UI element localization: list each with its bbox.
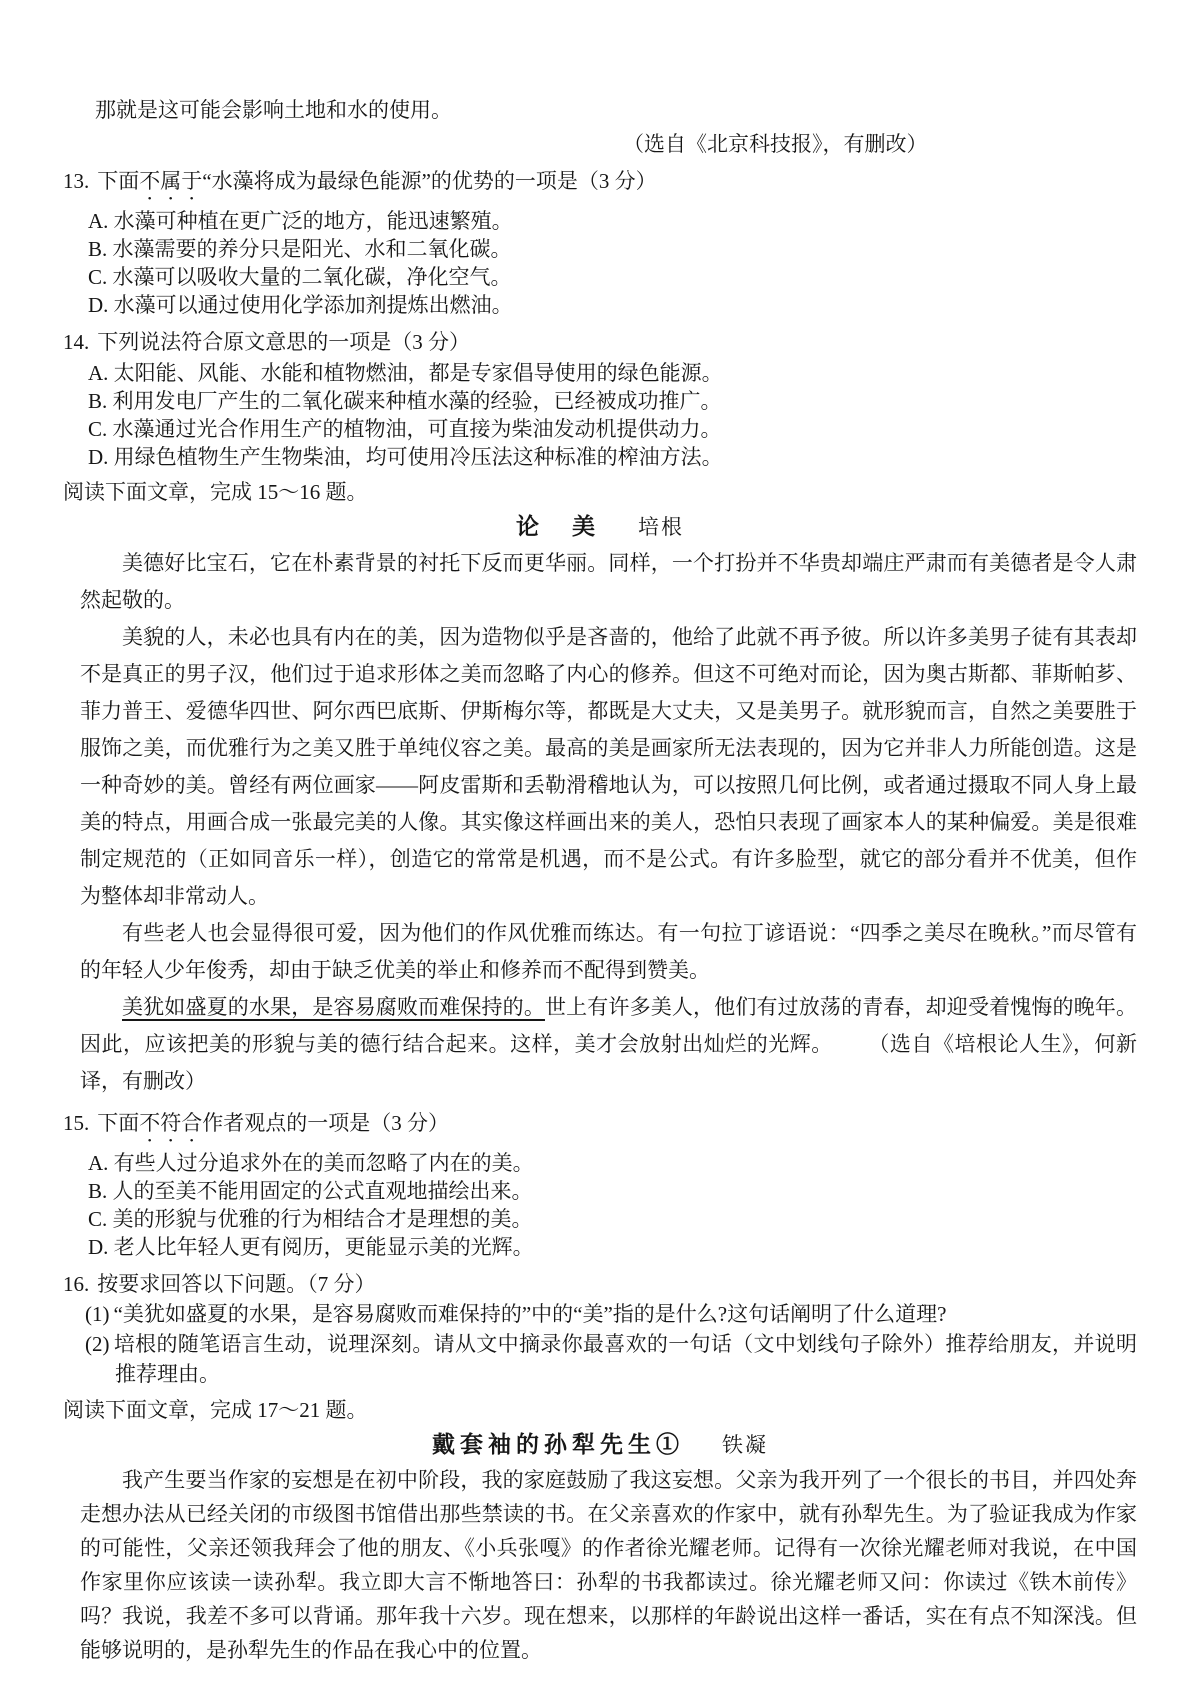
question-15-option-a: A. 有些人过分追求外在的美而忽略了内在的美。	[63, 1149, 1137, 1177]
article-title-lun-mei: 论 美培根	[63, 509, 1137, 545]
question-16-sub-2-label: (2)	[85, 1332, 110, 1356]
exam-page: 那就是这可能会影响土地和水的使用。 （选自《北京科技报》，有删改） 13.下面不…	[0, 0, 1200, 1698]
question-13-stem-suffix: “水藻将成为最绿色能源”的优势的一项是（3 分）	[202, 169, 656, 193]
question-14-option-d: D. 用绿色植物生产生物柴油，均可使用冷压法这种标准的榨油方法。	[63, 443, 1137, 471]
question-16-sub-1-text: “美犹如盛夏的水果，是容易腐败而难保持的”中的“美”指的是什么?这句话阐明了什么…	[114, 1302, 947, 1326]
question-15-option-c: C. 美的形貌与优雅的行为相结合才是理想的美。	[63, 1205, 1137, 1233]
article-title-dai-taoxiu: 戴套袖的孙犁先生①铁凝	[63, 1427, 1137, 1463]
reading-prompt-17-21: 阅读下面文章，完成 17～21 题。	[63, 1395, 1137, 1425]
question-14-option-c: C. 水藻通过光合作用生产的植物油，可直接为柴油发动机提供动力。	[63, 415, 1137, 443]
question-13-stem-emphasized: 不属于	[139, 169, 202, 193]
question-14-stem-text: 下列说法符合原文意思的一项是（3 分）	[97, 330, 470, 354]
question-14-number: 14.	[63, 330, 89, 354]
question-13-number: 13.	[63, 169, 89, 193]
question-16-stem-text: 按要求回答以下问题。（7 分）	[97, 1272, 375, 1296]
question-14-stem: 14.下列说法符合原文意思的一项是（3 分）	[63, 327, 1137, 357]
question-14-option-b: B. 利用发电厂产生的二氧化碳来种植水藻的经验，已经被成功推广。	[63, 387, 1137, 415]
question-15-option-b: B. 人的至美不能用固定的公式直观地描绘出来。	[63, 1177, 1137, 1205]
question-13-option-c: C. 水藻可以吸收大量的二氧化碳，净化空气。	[63, 263, 1137, 291]
sunli-paragraph-1: 我产生要当作家的妄想是在初中阶段，我的家庭鼓励了我这妄想。父亲为我开列了一个很长…	[63, 1463, 1137, 1667]
question-15-stem-prefix: 下面	[97, 1111, 139, 1135]
reading-prompt-15-16: 阅读下面文章，完成 15～16 题。	[63, 477, 1137, 507]
lunmei-paragraph-3: 有些老人也会显得很可爱，因为他们的作风优雅而练达。有一句拉丁谚语说：“四季之美尽…	[63, 915, 1137, 989]
question-13-options: A. 水藻可种植在更广泛的地方，能迅速繁殖。 B. 水藻需要的养分只是阳光、水和…	[63, 207, 1137, 319]
question-15-options: A. 有些人过分追求外在的美而忽略了内在的美。 B. 人的至美不能用固定的公式直…	[63, 1149, 1137, 1261]
question-16-number: 16.	[63, 1272, 89, 1296]
question-13-stem-prefix: 下面	[97, 169, 139, 193]
question-15-number: 15.	[63, 1111, 89, 1135]
question-15-option-d: D. 老人比年轻人更有阅历，更能显示美的光辉。	[63, 1233, 1137, 1261]
question-13-option-d: D. 水藻可以通过使用化学添加剂提炼出燃油。	[63, 291, 1137, 319]
question-14-options: A. 太阳能、风能、水能和植物燃油，都是专家倡导使用的绿色能源。 B. 利用发电…	[63, 359, 1137, 471]
lunmei-paragraph-4: 美犹如盛夏的水果，是容易腐败而难保持的。世上有许多美人，他们有过放荡的青春，却迎…	[63, 989, 1137, 1100]
question-16-stem: 16.按要求回答以下问题。（7 分）	[63, 1269, 1137, 1299]
article-title-text: 论 美	[516, 514, 600, 539]
question-16-sub-1-label: (1)	[85, 1302, 110, 1326]
source-citation-beijing-keji-bao: （选自《北京科技报》，有删改）	[63, 130, 1137, 158]
question-15-stem-emphasized: 不符合	[139, 1111, 202, 1135]
question-13-stem: 13.下面不属于“水藻将成为最绿色能源”的优势的一项是（3 分）	[63, 166, 1137, 205]
article-author-tiening: 铁凝	[722, 1433, 768, 1457]
lunmei-paragraph-1: 美德好比宝石，它在朴素背景的衬托下反而更华丽。同样，一个打扮并不华贵却端庄严肃而…	[63, 545, 1137, 619]
question-13-option-a: A. 水藻可种植在更广泛的地方，能迅速繁殖。	[63, 207, 1137, 235]
question-16-sub-1: (1)“美犹如盛夏的水果，是容易腐败而难保持的”中的“美”指的是什么?这句话阐明…	[63, 1299, 1137, 1329]
article-title-text-2: 戴套袖的孙犁先生①	[432, 1432, 684, 1457]
previous-passage-last-line: 那就是这可能会影响土地和水的使用。	[63, 96, 1137, 124]
question-16-sub-2: (2)培根的随笔语言生动，说理深刻。请从文中摘录你最喜欢的一句话（文中划线句子除…	[63, 1329, 1137, 1389]
question-13-option-b: B. 水藻需要的养分只是阳光、水和二氧化碳。	[63, 235, 1137, 263]
question-15-stem: 15.下面不符合作者观点的一项是（3 分）	[63, 1108, 1137, 1147]
question-14-option-a: A. 太阳能、风能、水能和植物燃油，都是专家倡导使用的绿色能源。	[63, 359, 1137, 387]
article-author-peigen: 培根	[638, 515, 684, 539]
lunmei-paragraph-2: 美貌的人，未必也具有内在的美，因为造物似乎是吝啬的，他给了此就不再予彼。所以许多…	[63, 619, 1137, 915]
question-15-stem-suffix: 作者观点的一项是（3 分）	[202, 1111, 449, 1135]
question-16-sub-2-text: 培根的随笔语言生动，说理深刻。请从文中摘录你最喜欢的一句话（文中划线句子除外）推…	[114, 1332, 1138, 1386]
underlined-sentence: 美犹如盛夏的水果，是容易腐败而难保持的。	[122, 995, 545, 1019]
